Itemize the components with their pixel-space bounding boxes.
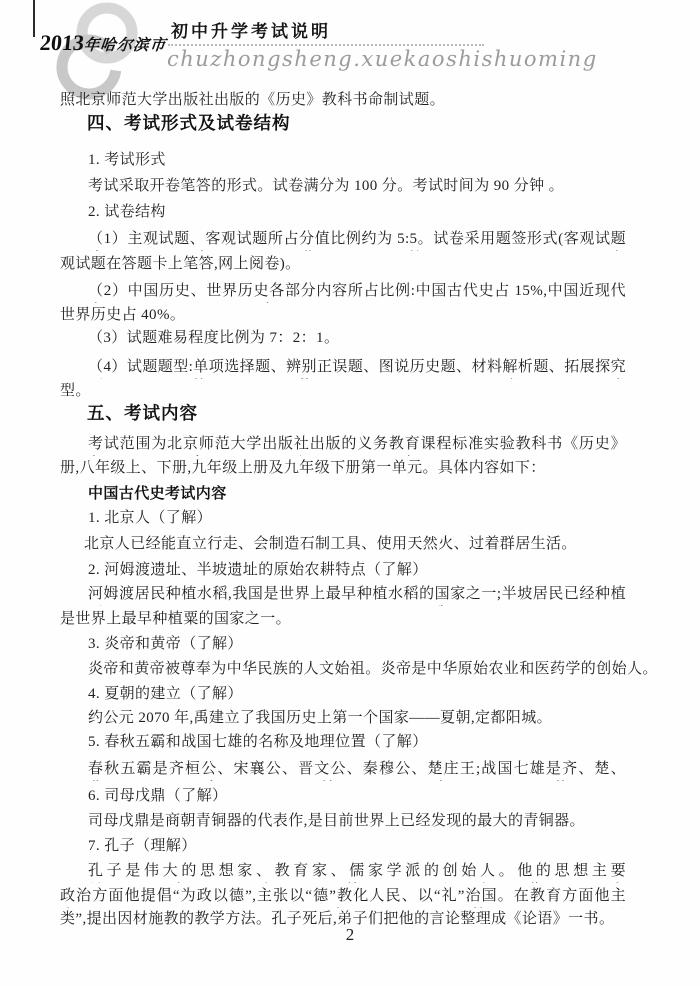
section-heading-exam-content: 五、考试内容 (87, 403, 626, 423)
content-line: 炎帝和黄帝被尊奉为中华民族的人文始祖。炎帝是中华原始农业和医药学的创始人。 (88, 659, 626, 679)
list-item: 3. 炎帝和黄帝（了解） (88, 634, 626, 654)
subsection-heading-ancient-china: 中国古代史考试内容 (88, 484, 626, 504)
edition-year-region: 2013年哈尔滨市 (39, 30, 168, 56)
list-item: 5. 春秋五霸和战国七雄的名称及地理位置（了解） (88, 732, 626, 752)
content-line: （4）试题题型:单项选择题、辨别正误题、图说历史题、材料解析题、拓展探究题等共五… (88, 357, 626, 379)
scanned-document-page: 2013年哈尔滨市 初中升学考试说明 chuzhongsheng.xuekaos… (0, 0, 700, 986)
content-line: （3）试题难易程度比例为 7：2：1。 (88, 328, 626, 348)
list-item: 6. 司母戊鼎（了解） (88, 786, 626, 806)
edition-year: 2013 (39, 30, 86, 55)
title-pinyin: chuzhongsheng.xuekaoshishuoming (167, 47, 598, 71)
content-line: 春秋五霸是齐桓公、宋襄公、晋文公、秦穆公、楚庄王;战国七雄是齐、楚、燕、秦、韩、… (88, 759, 626, 781)
content-line: 孔子是伟大的思想家、教育家、儒家学派的创始人。他的思想主要是“仁”和“礼”两部分… (88, 861, 626, 883)
content-line: （2）中国历史、世界历史各部分内容所占比例:中国古代史占 15%,中国近现代史占… (88, 281, 626, 303)
list-item: 7. 孔子（理解） (88, 836, 626, 856)
content-line: 河姆渡居民种植水稻,我国是世界上最早种植水稻的国家之一;半坡居民已经种植粟,我国 (88, 584, 626, 606)
content-line: 观试题在答题卡上笔答,网上阅卷)。 (60, 254, 626, 274)
content-line: 约公元 2070 年,禹建立了我国历史上第一个国家——夏朝,定都阳城。 (88, 708, 626, 728)
content-line: 司母戊鼎是商朝青铜器的代表作,是目前世界上已经发现的最大的青铜器。 (88, 811, 626, 831)
list-item: 2. 河姆渡遗址、半坡遗址的原始农耕特点（了解） (88, 560, 626, 580)
scan-artifact-line (33, 0, 35, 37)
content-line: 考试范围为北京师范大学出版社出版的义务教育课程标准实验教科书《历史》七年级上、下 (88, 434, 626, 456)
content-line: 册,八年级上、下册,九年级上册及九年级下册第一单元。具体内容如下： (60, 458, 626, 478)
paragraph-line: 照北京师范大学出版社出版的《历史》教科书命制试题。 (60, 90, 626, 110)
content-line: 是世界上最早种植粟的国家之一。 (60, 609, 626, 629)
content-line: 1. 考试形式 (88, 150, 626, 170)
content-line: 2. 试卷结构 (88, 202, 626, 222)
page-number: 2 (0, 925, 700, 945)
page-title: 初中升学考试说明 (171, 17, 331, 42)
content-line: 考试采取开卷笔答的形式。试卷满分为 100 分。考试时间为 90 分钟 。 (88, 176, 626, 196)
edition-region: 年哈尔滨市 (83, 37, 167, 54)
section-heading-exam-format: 四、考试形式及试卷结构 (87, 113, 626, 133)
content-line: 政治方面他提倡“为政以德”,主张以“德”教化人民、以“礼”治国。在教育方面他主张… (60, 886, 626, 908)
content-line: 型。 (60, 381, 626, 401)
list-item: 1. 北京人（了解） (88, 508, 626, 528)
content-line: （1）主观试题、客观试题所占分值比例约为 5:5。试卷采用题签形式(客观试题涂卡… (88, 229, 626, 251)
list-item: 4. 夏朝的建立（了解） (88, 684, 626, 704)
content-line: 北京人已经能直立行走、会制造石制工具、使用天然火、过着群居生活。 (84, 534, 626, 554)
dotted-divider (168, 44, 484, 46)
content-line: 世界历史占 40%。 (60, 305, 626, 325)
